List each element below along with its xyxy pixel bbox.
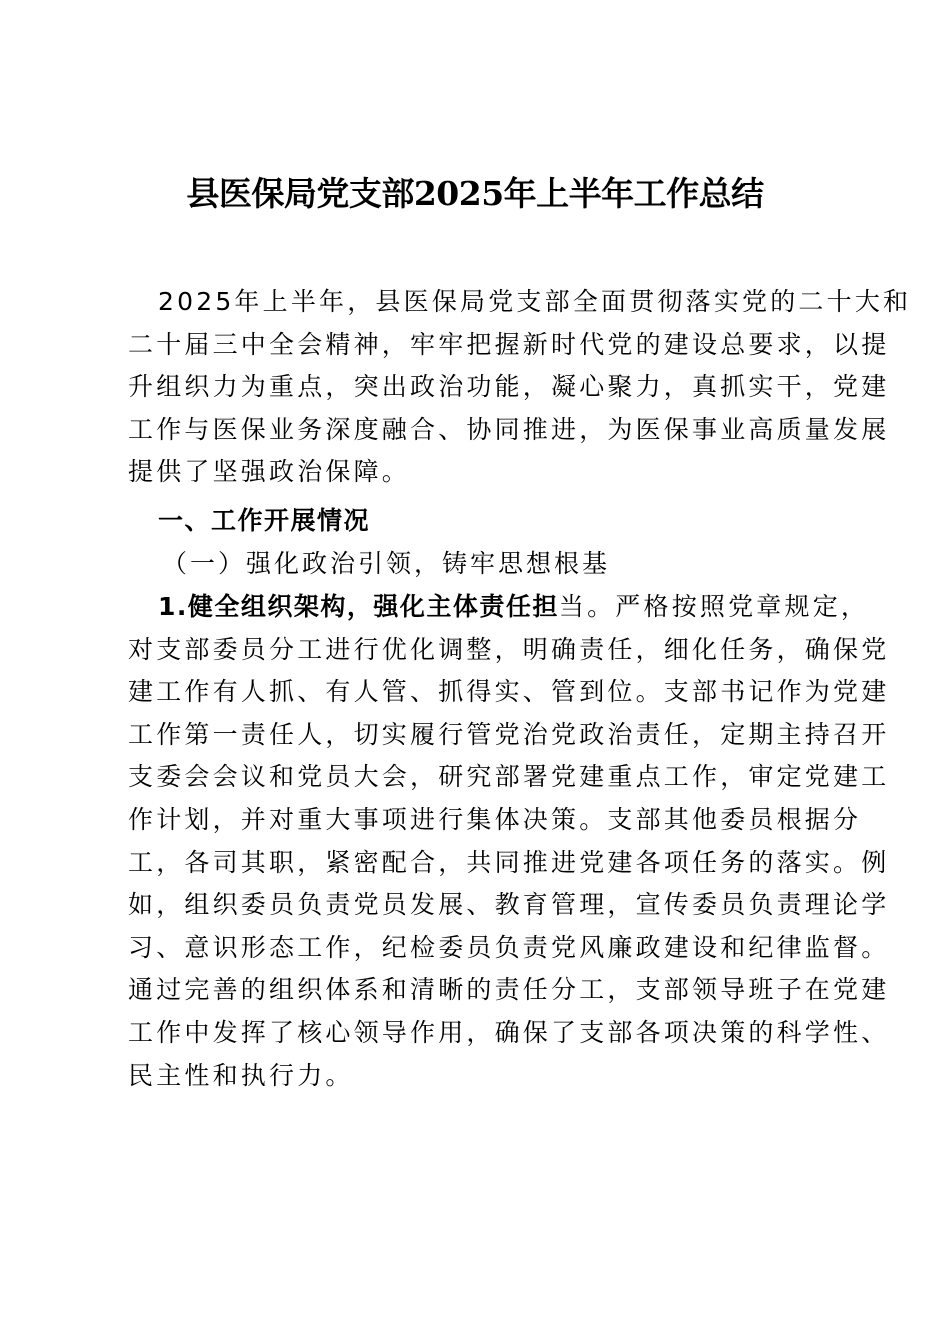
item-1-line: 通过完善的组织体系和清晰的责任分工，支部领导班子在党建 — [128, 969, 828, 1012]
item-1-line: 工作中发挥了核心领导作用，确保了支部各项决策的科学性、 — [128, 1012, 828, 1055]
document-title: 县医保局党支部2025年上半年工作总结 — [0, 172, 950, 216]
intro-line: 升组织力为重点，突出政治功能，凝心聚力，真抓实干，党建 — [128, 366, 828, 409]
section-heading-text: 一、工作开展情况 — [128, 500, 828, 543]
document-page: 县医保局党支部2025年上半年工作总结 2025年上半年，县医保局党支部全面贯彻… — [0, 0, 950, 1344]
item-1-line: 民主性和执行力。 — [128, 1055, 828, 1098]
subsection-heading-1: （一）强化政治引领，铸牢思想根基 — [128, 543, 828, 586]
item-1-line: 如，组织委员负责党员发展、教育管理，宣传委员负责理论学 — [128, 884, 828, 927]
section-heading-1: 一、工作开展情况 — [128, 500, 828, 543]
item-1-line: 作计划，并对重大事项进行集体决策。支部其他委员根据分 — [128, 799, 828, 842]
item-1-paragraph: 1.健全组织架构，强化主体责任担当。严格按照党章规定， 对支部委员分工进行优化调… — [128, 586, 828, 1097]
intro-line: 工作与医保业务深度融合、协同推进，为医保事业高质量发展 — [128, 409, 828, 452]
item-1-line: 对支部委员分工进行优化调整，明确责任，细化任务，确保党 — [128, 629, 828, 672]
item-1-bold-lead: 1.健全组织架构，强化主体责任担 — [158, 592, 559, 621]
intro-line: 二十届三中全会精神，牢牢把握新时代党的建设总要求，以提 — [128, 324, 828, 367]
intro-line: 2025年上半年，县医保局党支部全面贯彻落实党的二十大和 — [128, 281, 828, 324]
intro-paragraph: 2025年上半年，县医保局党支部全面贯彻落实党的二十大和 二十届三中全会精神，牢… — [128, 281, 828, 494]
item-1-line: 工作第一责任人，切实履行管党治党政治责任，定期主持召开 — [128, 714, 828, 757]
item-1-line: 支委会会议和党员大会，研究部署党建重点工作，审定党建工 — [128, 756, 828, 799]
item-1-first-line: 1.健全组织架构，强化主体责任担当。严格按照党章规定， — [128, 586, 828, 629]
intro-line: 提供了坚强政治保障。 — [128, 451, 828, 494]
item-1-line: 习、意识形态工作，纪检委员负责党风廉政建设和纪律监督。 — [128, 927, 828, 970]
subsection-heading-text: （一）强化政治引领，铸牢思想根基 — [128, 543, 828, 586]
item-1-first-line-rest: 当。严格按照党章规定， — [559, 592, 869, 621]
item-1-line: 工，各司其职，紧密配合，共同推进党建各项任务的落实。例 — [128, 842, 828, 885]
item-1-line: 建工作有人抓、有人管、抓得实、管到位。支部书记作为党建 — [128, 671, 828, 714]
